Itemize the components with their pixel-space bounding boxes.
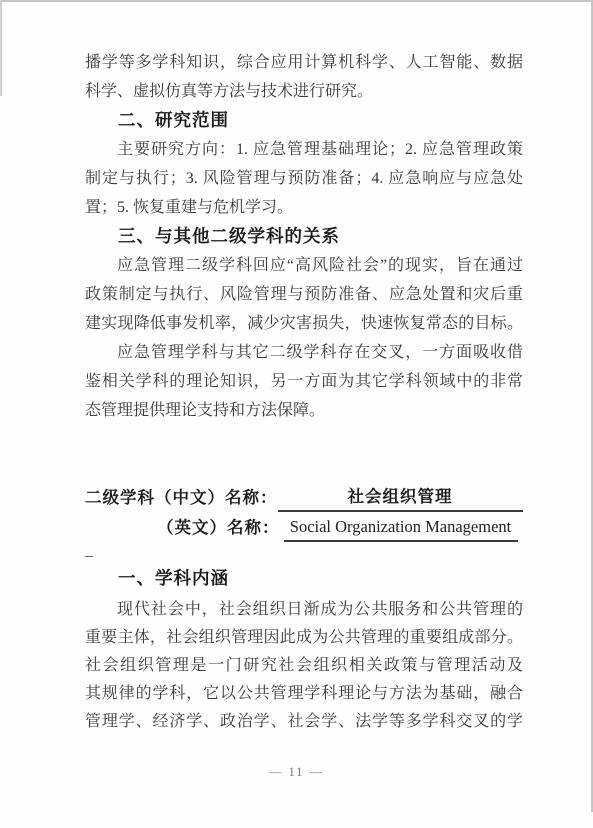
body-line: 管理学、经济学、政治学、社会学、法学等多学科交叉的学: [85, 708, 523, 736]
body-line: 政策制定与执行、风险管理与预防准备、应急处置和灾后重: [85, 280, 523, 309]
discipline-cn-value-field: 社会组织管理: [278, 484, 523, 512]
body-line: 科学、虚拟仿真等方法与技术进行研究。: [85, 77, 523, 106]
page-content: 播学等多学科知识，综合应用计算机科学、人工智能、数据 科学、虚拟仿真等方法与技术…: [85, 48, 523, 736]
body-line: 重要主体，社会组织管理因此成为公共管理的重要组成部分。: [85, 624, 523, 652]
body-line: 置；5. 恢复重建与危机学习。: [85, 193, 523, 222]
connotation-paragraph: 现代社会中，社会组织日渐成为公共服务和公共管理的 重要主体，社会组织管理因此成为…: [85, 596, 523, 736]
document-page: 播学等多学科知识，综合应用计算机科学、人工智能、数据 科学、虚拟仿真等方法与技术…: [0, 0, 593, 828]
discipline-name-en-row: （英文）名称： Social Organization Management: [85, 512, 523, 542]
discipline-cn-label: 二级学科（中文）名称：: [85, 484, 278, 512]
discipline-name-cn-row: 二级学科（中文）名称： 社会组织管理: [85, 482, 523, 512]
body-line: 应急管理学科与其它二级学科存在交叉，一方面吸收借: [85, 338, 523, 367]
discipline-en-value-field: Social Organization Management: [284, 514, 518, 542]
body-line: 鉴相关学科的理论知识，另一方面为其它学科领域中的非常: [85, 367, 523, 396]
body-line: 建实现降低事发机率，减少灾害损失，快速恢复常态的目标。: [85, 309, 523, 338]
body-line: 其规律的学科，它以公共管理学科理论与方法为基础，融合: [85, 680, 523, 708]
page-number: — 11 —: [0, 762, 593, 782]
discipline-en-label: （英文）名称：: [157, 514, 280, 542]
page-edge-left: [0, 0, 2, 96]
body-line: 播学等多学科知识，综合应用计算机科学、人工智能、数据: [85, 48, 523, 77]
body-line: 主要研究方向：1. 应急管理基础理论；2. 应急管理政策: [85, 135, 523, 164]
body-line: 现代社会中，社会组织日渐成为公共服务和公共管理的: [85, 596, 523, 624]
stray-underline-mark: _: [85, 542, 523, 560]
body-line: 应急管理二级学科回应“高风险社会”的现实，旨在通过: [85, 251, 523, 280]
body-line: 态管理提供理论支持和方法保障。: [85, 396, 523, 425]
page-edge-top: [0, 0, 593, 2]
body-line: 社会组织管理是一门研究社会组织相关政策与管理活动及: [85, 652, 523, 680]
discipline-name-form: 二级学科（中文）名称： 社会组织管理 （英文）名称： Social Organi…: [85, 482, 523, 560]
section-heading-research-scope: 二、研究范围: [85, 106, 523, 135]
body-line: 制定与执行；3. 风险管理与预防准备；4. 应急响应与应急处: [85, 164, 523, 193]
section-heading-discipline-connotation: 一、学科内涵: [85, 564, 523, 593]
section-heading-relation-to-other-disciplines: 三、与其他二级学科的关系: [85, 222, 523, 251]
